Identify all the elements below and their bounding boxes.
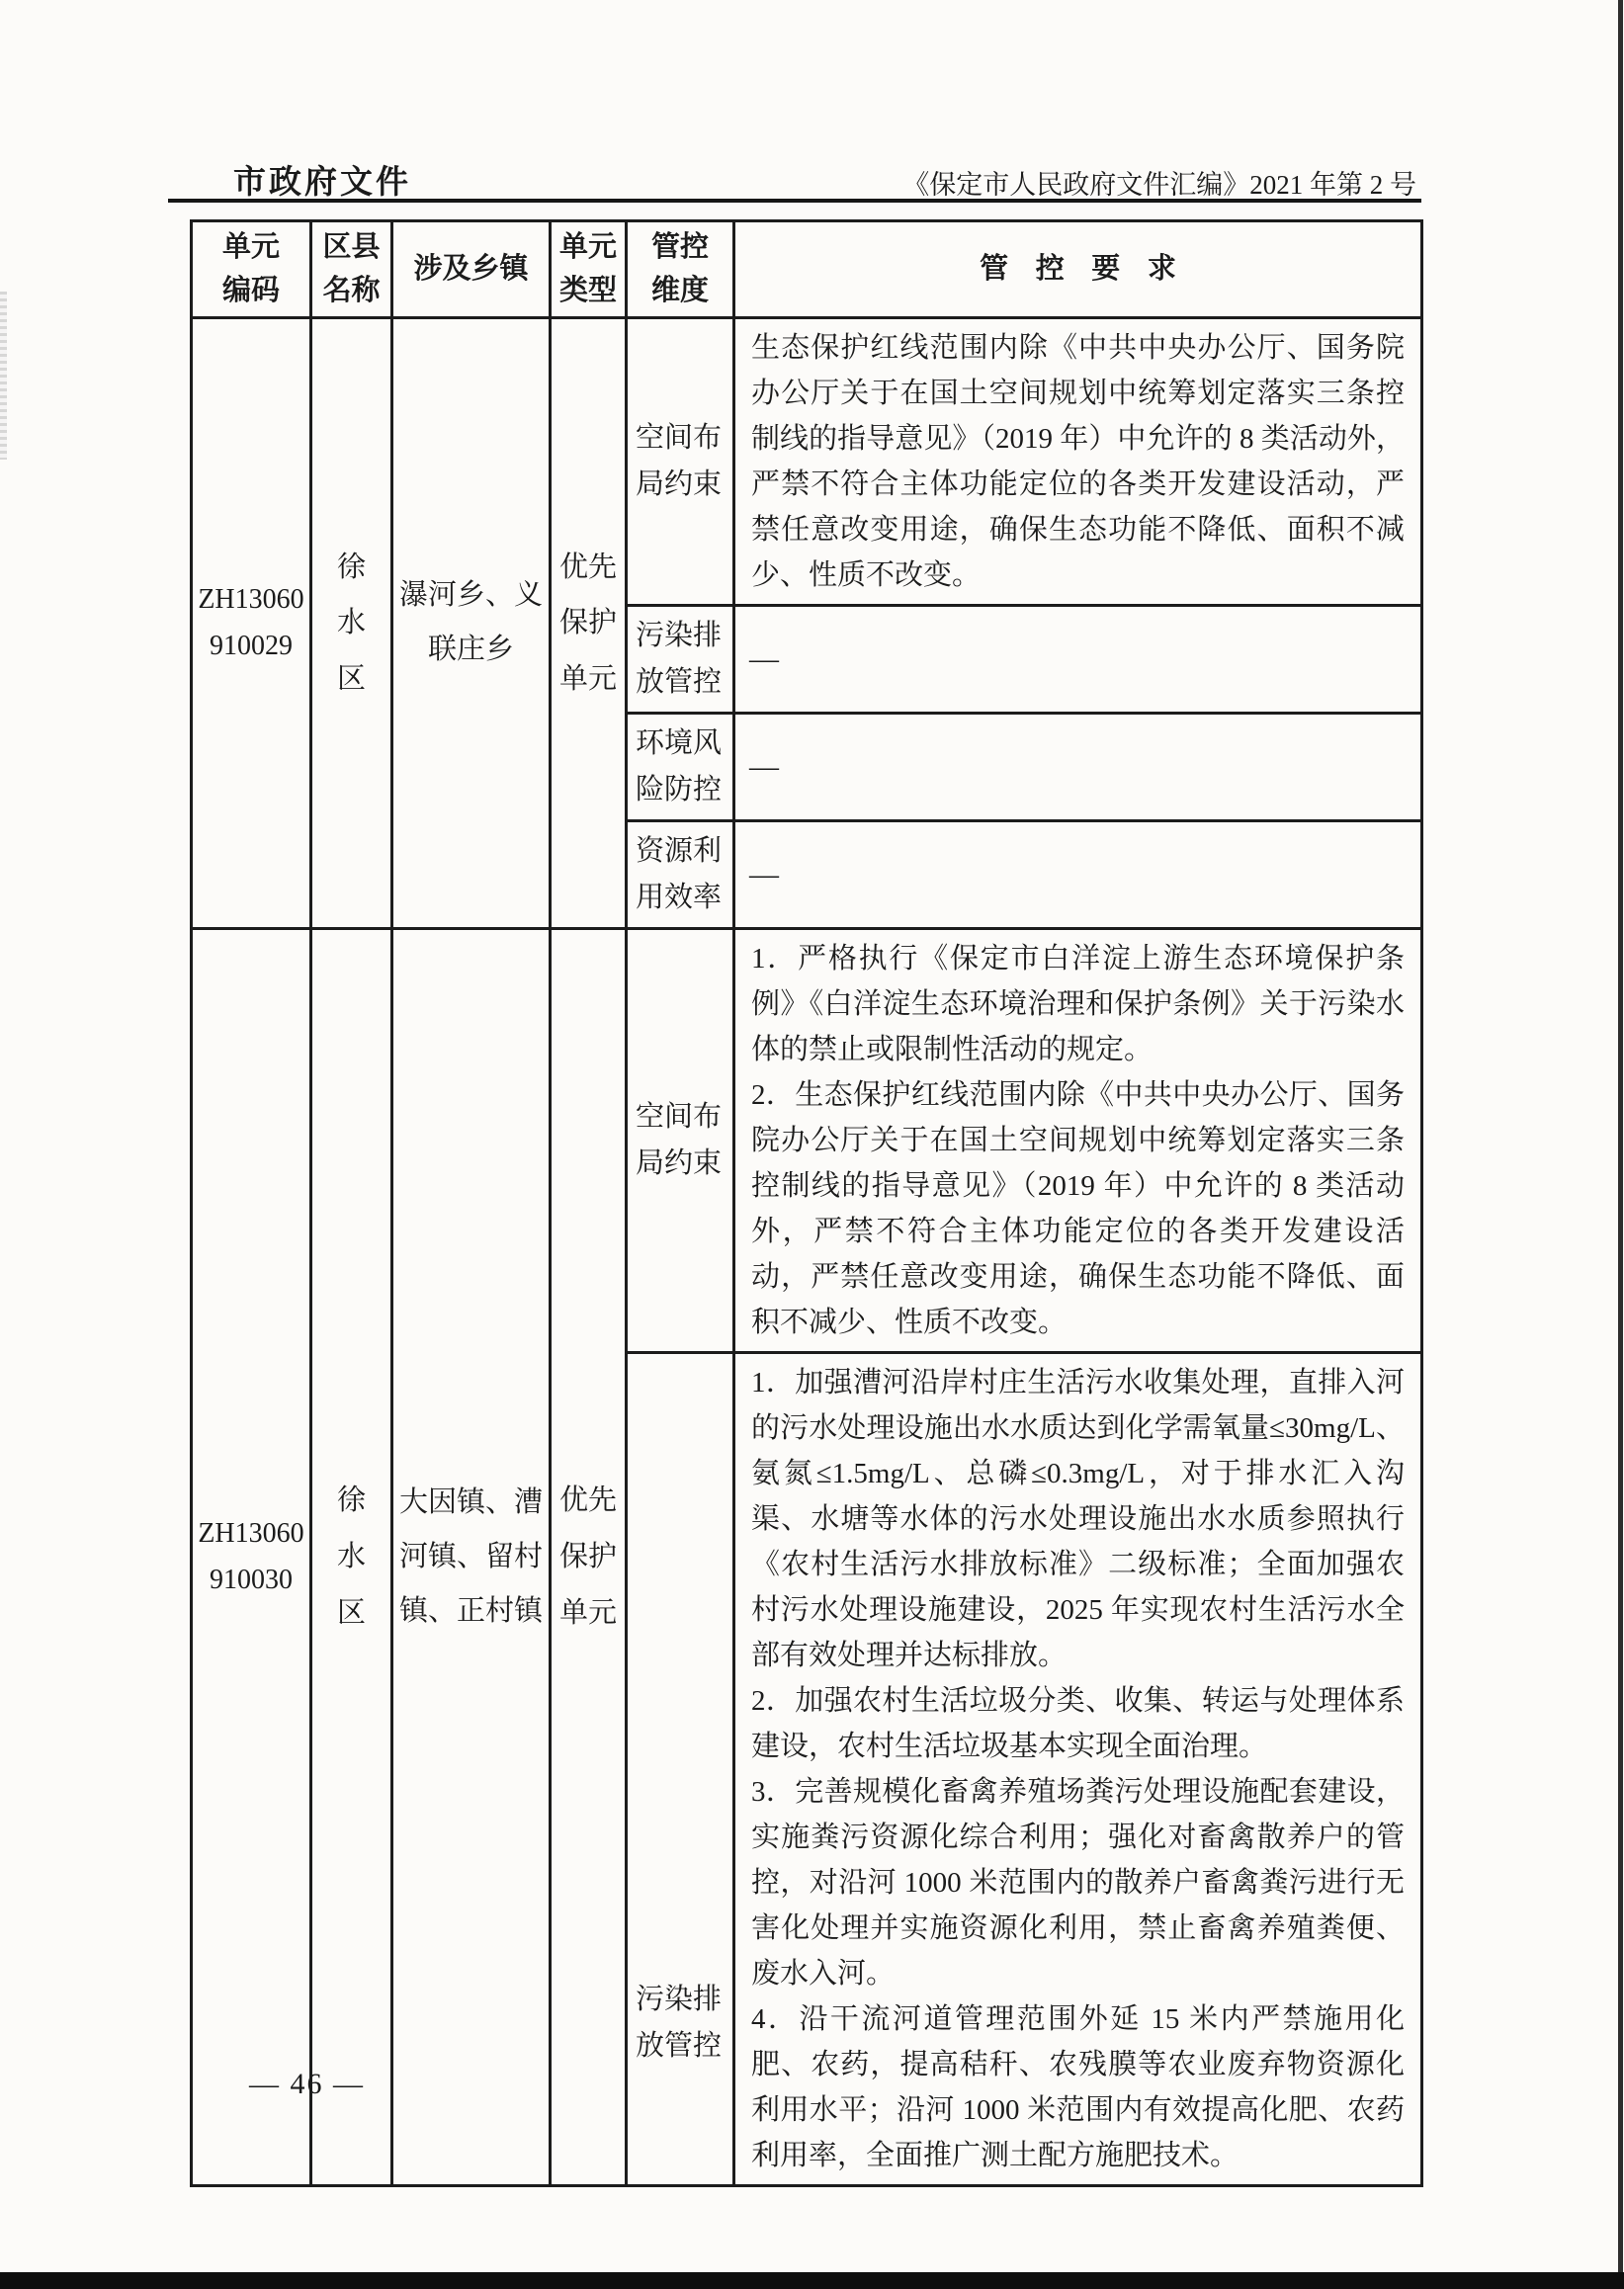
header-right-title: 《保定市人民政府文件汇编》2021 年第 2 号 (902, 163, 1416, 202)
county-cell: 徐水区 (311, 318, 392, 929)
dimension-label: 资源利用效率 (636, 828, 725, 921)
table-row-s2-spatial: ZH13060910030 徐水区 大因镇、漕河镇、留村镇、正村镇 优先保护单元… (192, 928, 1422, 1352)
scan-edge-left-noise (0, 292, 7, 460)
dimension-label: 环境风险防控 (636, 721, 725, 813)
towns-cell: 瀑河乡、义联庄乡 (392, 318, 551, 929)
county-name: 徐水区 (335, 1473, 368, 1641)
towns: 瀑河乡、义联庄乡 (394, 568, 548, 677)
requirement-paragraph: 2．生态保护红线范围内除《中共中央办公厅、国务院办公厅关于在国土空间规划中统筹划… (751, 1072, 1405, 1345)
dimension-label: 污染排放管控 (636, 613, 725, 706)
table-row-s1-spatial: ZH13060910029 徐水区 瀑河乡、义联庄乡 优先保护单元 空间布局约束… (192, 318, 1422, 606)
requirements-cell-empty: — (734, 820, 1422, 928)
dimension-label: 空间布局约束 (636, 1094, 725, 1187)
scan-edge-bottom (0, 2272, 1624, 2289)
dimension-cell: 污染排放管控 (627, 606, 734, 714)
dimension-cell: 资源利用效率 (627, 820, 734, 928)
col-header-unit-type-label: 单元类型 (556, 226, 620, 312)
header-rule (168, 199, 1421, 203)
unit-code: ZH13060910029 (196, 576, 306, 669)
col-header-towns: 涉及乡镇 (392, 221, 551, 318)
col-header-unit-type: 单元类型 (551, 221, 627, 318)
dimension-cell: 空间布局约束 (627, 928, 734, 1352)
county-cell: 徐水区 (311, 928, 392, 2185)
unit-type-cell: 优先保护单元 (551, 318, 627, 929)
requirements-cell-empty: — (734, 606, 1422, 714)
unit-code-cell: ZH13060910030 (192, 928, 311, 2185)
towns: 大因镇、漕河镇、留村镇、正村镇 (394, 1476, 548, 1639)
scan-edge-right (1618, 0, 1623, 2289)
col-header-towns-label: 涉及乡镇 (413, 253, 528, 285)
col-header-dimension-label: 管控维度 (648, 226, 712, 312)
dimension-cell: 污染排放管控 (627, 1352, 734, 2185)
county-name: 徐水区 (335, 540, 368, 708)
requirement-paragraph: 1．严格执行《保定市白洋淀上游生态环境保护条例》《白洋淀生态环境治理和保护条例》… (751, 936, 1405, 1072)
dimension-label: 污染排放管控 (636, 1977, 725, 2070)
requirements-cell: 1．严格执行《保定市白洋淀上游生态环境保护条例》《白洋淀生态环境治理和保护条例》… (734, 928, 1422, 1352)
unit-type: 优先保护单元 (556, 540, 622, 708)
table-header-row: 单元编码 区县名称 涉及乡镇 单元类型 管控维度 管控要求 (192, 221, 1422, 318)
unit-code: ZH13060910030 (196, 1510, 306, 1603)
dimension-cell: 环境风险防控 (627, 713, 734, 820)
requirement-paragraph: 3．完善规模化畜禽养殖场粪污处理设施配套建设，实施粪污资源化综合利用；强化对畜禽… (751, 1769, 1405, 1996)
dimension-label: 空间布局约束 (636, 415, 725, 508)
requirement-paragraph: 生态保护红线范围内除《中共中央办公厅、国务院办公厅关于在国土空间规划中统筹划定落… (751, 325, 1405, 598)
header-left-title: 市政府文件 (233, 156, 411, 203)
requirement-paragraph: 1．加强漕河沿岸村庄生活污水收集处理，直排入河的污水处理设施出水水质达到化学需氧… (751, 1360, 1405, 1678)
col-header-unit-code-label: 单元编码 (219, 226, 283, 312)
unit-code-cell: ZH13060910029 (192, 318, 311, 929)
col-header-unit-code: 单元编码 (192, 221, 311, 318)
control-requirements-table: 单元编码 区县名称 涉及乡镇 单元类型 管控维度 管控要求 ZH13060910… (190, 219, 1423, 2187)
requirement-paragraph: 2．加强农村生活垃圾分类、收集、转运与处理体系建设，农村生活垃圾基本实现全面治理… (751, 1678, 1405, 1769)
requirements-cell-empty: — (734, 713, 1422, 820)
requirements-cell: 1．加强漕河沿岸村庄生活污水收集处理，直排入河的污水处理设施出水水质达到化学需氧… (734, 1352, 1422, 2185)
col-header-requirements: 管控要求 (734, 221, 1422, 318)
col-header-county: 区县名称 (311, 221, 392, 318)
col-header-county-label: 区县名称 (320, 226, 384, 312)
unit-type: 优先保护单元 (556, 1473, 622, 1641)
document-page: 市政府文件 《保定市人民政府文件汇编》2021 年第 2 号 单元编码 区县名称… (0, 0, 1624, 2289)
page-number: — 46 — (249, 2068, 365, 2101)
col-header-dimension: 管控维度 (627, 221, 734, 318)
towns-cell: 大因镇、漕河镇、留村镇、正村镇 (392, 928, 551, 2185)
unit-type-cell: 优先保护单元 (551, 928, 627, 2185)
dimension-cell: 空间布局约束 (627, 318, 734, 606)
requirement-paragraph: 4．沿干流河道管理范围外延 15 米内严禁施用化肥、农药，提高秸秆、农残膜等农业… (751, 1996, 1405, 2178)
requirements-cell: 生态保护红线范围内除《中共中央办公厅、国务院办公厅关于在国土空间规划中统筹划定落… (734, 318, 1422, 606)
